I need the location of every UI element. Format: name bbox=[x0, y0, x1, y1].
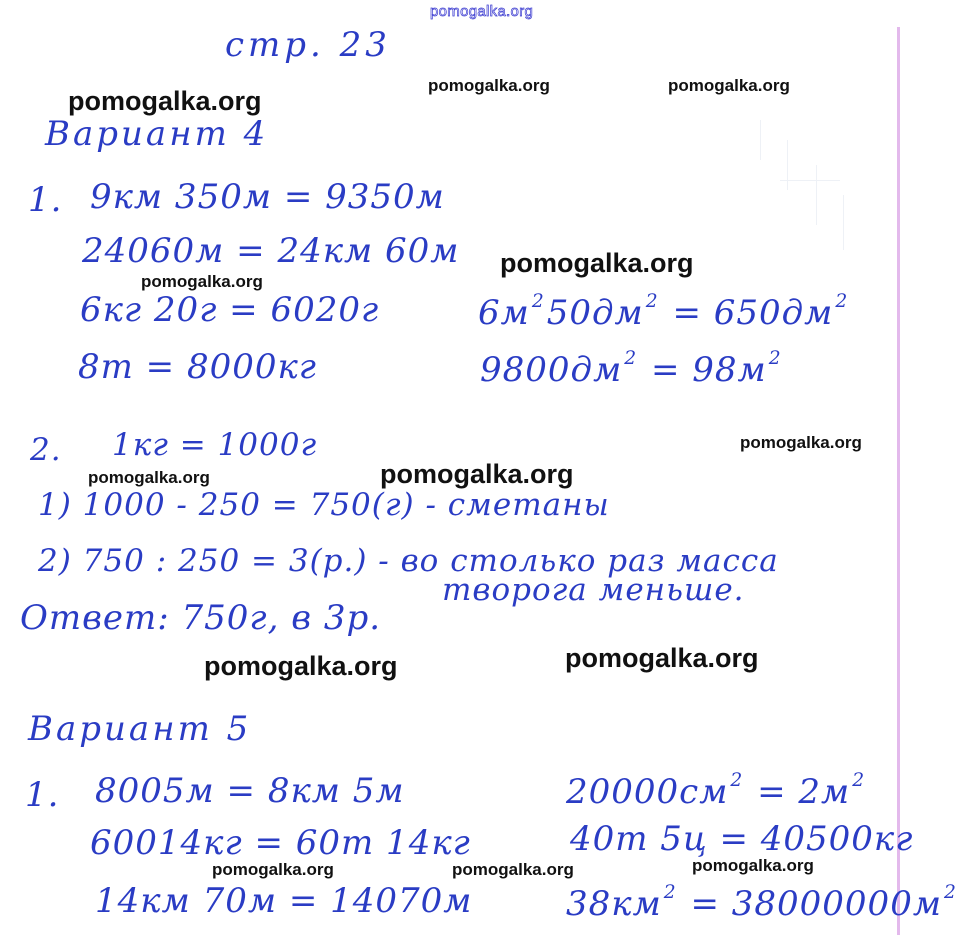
v4-r1-a: 6м bbox=[478, 293, 530, 333]
v5-task1-right-1: 20000см2 = 2м2 bbox=[566, 772, 867, 809]
v5-r1-a: 20000см bbox=[566, 772, 728, 812]
page-header: стр. 23 bbox=[225, 28, 391, 62]
watermark: pomogalka.org bbox=[500, 250, 694, 277]
v4-task2-step-2-cont: творога меньше. bbox=[442, 575, 745, 606]
watermark-top: pomogalka.org bbox=[430, 3, 533, 20]
v4-task2-answer: Ответ: 750г, в 3р. bbox=[20, 601, 381, 635]
v4-r2-a-sup: 2 bbox=[624, 348, 637, 369]
watermark: pomogalka.org bbox=[204, 653, 398, 680]
notebook-page: pomogalka.org стр. 23 pomogalka.org pomo… bbox=[0, 0, 974, 935]
watermark: pomogalka.org bbox=[68, 88, 262, 115]
v4-task1-line-3: 6кг 20г = 6020г bbox=[80, 293, 379, 327]
v5-task1-number: 1. bbox=[25, 778, 59, 812]
grid-line bbox=[760, 120, 761, 160]
v4-task2-step-1: 1) 1000 - 250 = 750(г) - сметаны bbox=[38, 490, 610, 521]
v4-task1-line-1: 9км 350м = 9350м bbox=[90, 180, 445, 214]
v5-r1-eq-sup: 2 bbox=[852, 770, 865, 791]
watermark: pomogalka.org bbox=[740, 434, 862, 451]
v4-r2-a: 9800дм bbox=[480, 350, 622, 390]
grid-line bbox=[787, 140, 788, 190]
watermark: pomogalka.org bbox=[428, 77, 550, 94]
v4-task1-line-2: 24060м = 24км 60м bbox=[82, 234, 459, 268]
margin-line bbox=[897, 27, 900, 935]
v4-r2-eq: = 98м bbox=[651, 350, 767, 390]
v4-task2-given: 1кг = 1000г bbox=[112, 430, 317, 461]
watermark: pomogalka.org bbox=[668, 77, 790, 94]
v4-r1-eq: = 650дм bbox=[672, 293, 833, 333]
v5-r1-a-sup: 2 bbox=[730, 770, 743, 791]
v5-r2-a: 40т 5ц = 40500кг bbox=[570, 819, 913, 859]
v4-r1-b: 50дм bbox=[547, 293, 644, 333]
variant4-title: Вариант 4 bbox=[45, 117, 268, 151]
v4-r1-a-sup: 2 bbox=[532, 291, 545, 312]
v4-task1-line-4: 8т = 8000кг bbox=[78, 350, 317, 384]
v5-task1-line-2: 60014кг = 60т 14кг bbox=[90, 826, 471, 860]
v5-r3-eq: = 38000000м bbox=[690, 884, 942, 924]
v5-r3-eq-sup: 2 bbox=[944, 882, 957, 903]
v4-r1-eq-sup: 2 bbox=[835, 291, 848, 312]
v5-r3-a: 38км bbox=[566, 884, 662, 924]
grid-line bbox=[843, 195, 844, 250]
variant5-title: Вариант 5 bbox=[28, 712, 251, 746]
v5-task1-line-3: 14км 70м = 14070м bbox=[95, 884, 472, 918]
grid-line bbox=[816, 165, 817, 225]
v5-r1-eq: = 2м bbox=[757, 772, 850, 812]
v4-task1-right-1: 6м250дм2 = 650дм2 bbox=[478, 293, 850, 330]
v4-task2-number: 2. bbox=[30, 435, 62, 466]
watermark: pomogalka.org bbox=[141, 273, 263, 290]
v4-r2-eq-sup: 2 bbox=[769, 348, 782, 369]
v5-r3-a-sup: 2 bbox=[664, 882, 677, 903]
watermark: pomogalka.org bbox=[692, 857, 814, 874]
watermark: pomogalka.org bbox=[565, 645, 759, 672]
watermark: pomogalka.org bbox=[380, 461, 574, 488]
watermark: pomogalka.org bbox=[88, 469, 210, 486]
v5-task1-right-3: 38км2 = 38000000м2 bbox=[566, 884, 959, 921]
watermark: pomogalka.org bbox=[212, 861, 334, 878]
v4-r1-b-sup: 2 bbox=[646, 291, 659, 312]
v4-task1-number: 1. bbox=[28, 183, 62, 217]
v5-task1-line-1: 8005м = 8км 5м bbox=[95, 774, 405, 808]
watermark: pomogalka.org bbox=[452, 861, 574, 878]
grid-line bbox=[780, 180, 840, 181]
v5-task1-right-2: 40т 5ц = 40500кг bbox=[570, 822, 913, 856]
v4-task1-right-2: 9800дм2 = 98м2 bbox=[480, 350, 784, 387]
